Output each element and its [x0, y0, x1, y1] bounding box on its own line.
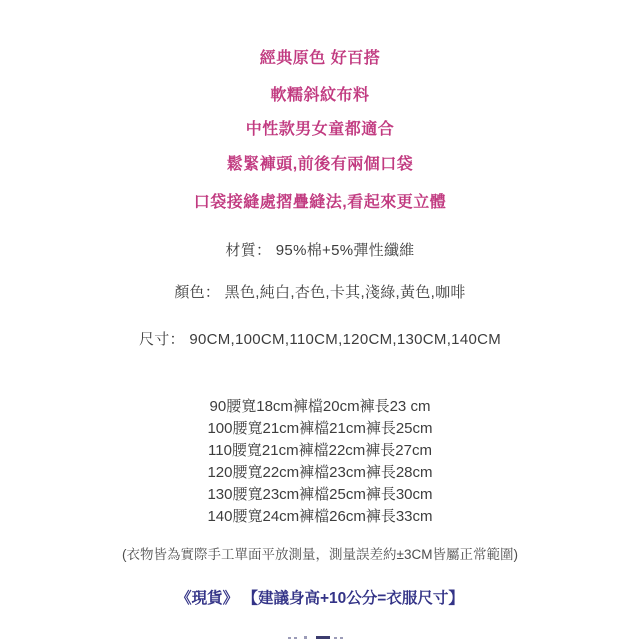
- highlight-line-1: 經典原色 好百搭: [0, 49, 640, 68]
- spec-sizes: 尺寸： 90CM,100CM,110CM,120CM,130CM,140CM: [0, 331, 640, 349]
- size-chart-row: 140腰寬24cm褲檔26cm褲長33cm: [0, 508, 640, 526]
- measurement-note: (衣物皆為實際手工單面平放測量，測量誤差約±3CM皆屬正常範圍): [0, 547, 640, 563]
- spec-colors: 顏色： 黑色,純白,杏色,卡其,淺綠,黃色,咖啡: [0, 284, 640, 302]
- spec-material: 材質： 95%棉+5%彈性纖維: [0, 242, 640, 260]
- product-description-page: 經典原色 好百搭 軟糯斜紋布料 中性款男女童都適合 鬆緊褲頭,前後有兩個口袋 口…: [0, 0, 640, 640]
- highlight-line-3: 中性款男女童都適合: [0, 120, 640, 139]
- highlight-line-5: 口袋接縫處摺疊縫法,看起來更立體: [0, 193, 640, 212]
- highlight-line-4: 鬆緊褲頭,前後有兩個口袋: [0, 155, 640, 174]
- size-chart-row: 120腰寬22cm褲檔23cm褲長28cm: [0, 464, 640, 482]
- size-chart-row: 100腰寬21cm褲檔21cm褲長25cm: [0, 420, 640, 438]
- size-chart-row: 130腰寬23cm褲檔25cm褲長30cm: [0, 486, 640, 504]
- highlight-line-2: 軟糯斜紋布料: [0, 86, 640, 105]
- size-chart-row: 90腰寬18cm褲檔20cm褲長23 cm: [0, 398, 640, 416]
- size-chart-row: 110腰寬21cm褲檔22cm褲長27cm: [0, 442, 640, 460]
- promo-line: 《現貨》 【建議身高+10公分=衣服尺寸】: [0, 590, 640, 609]
